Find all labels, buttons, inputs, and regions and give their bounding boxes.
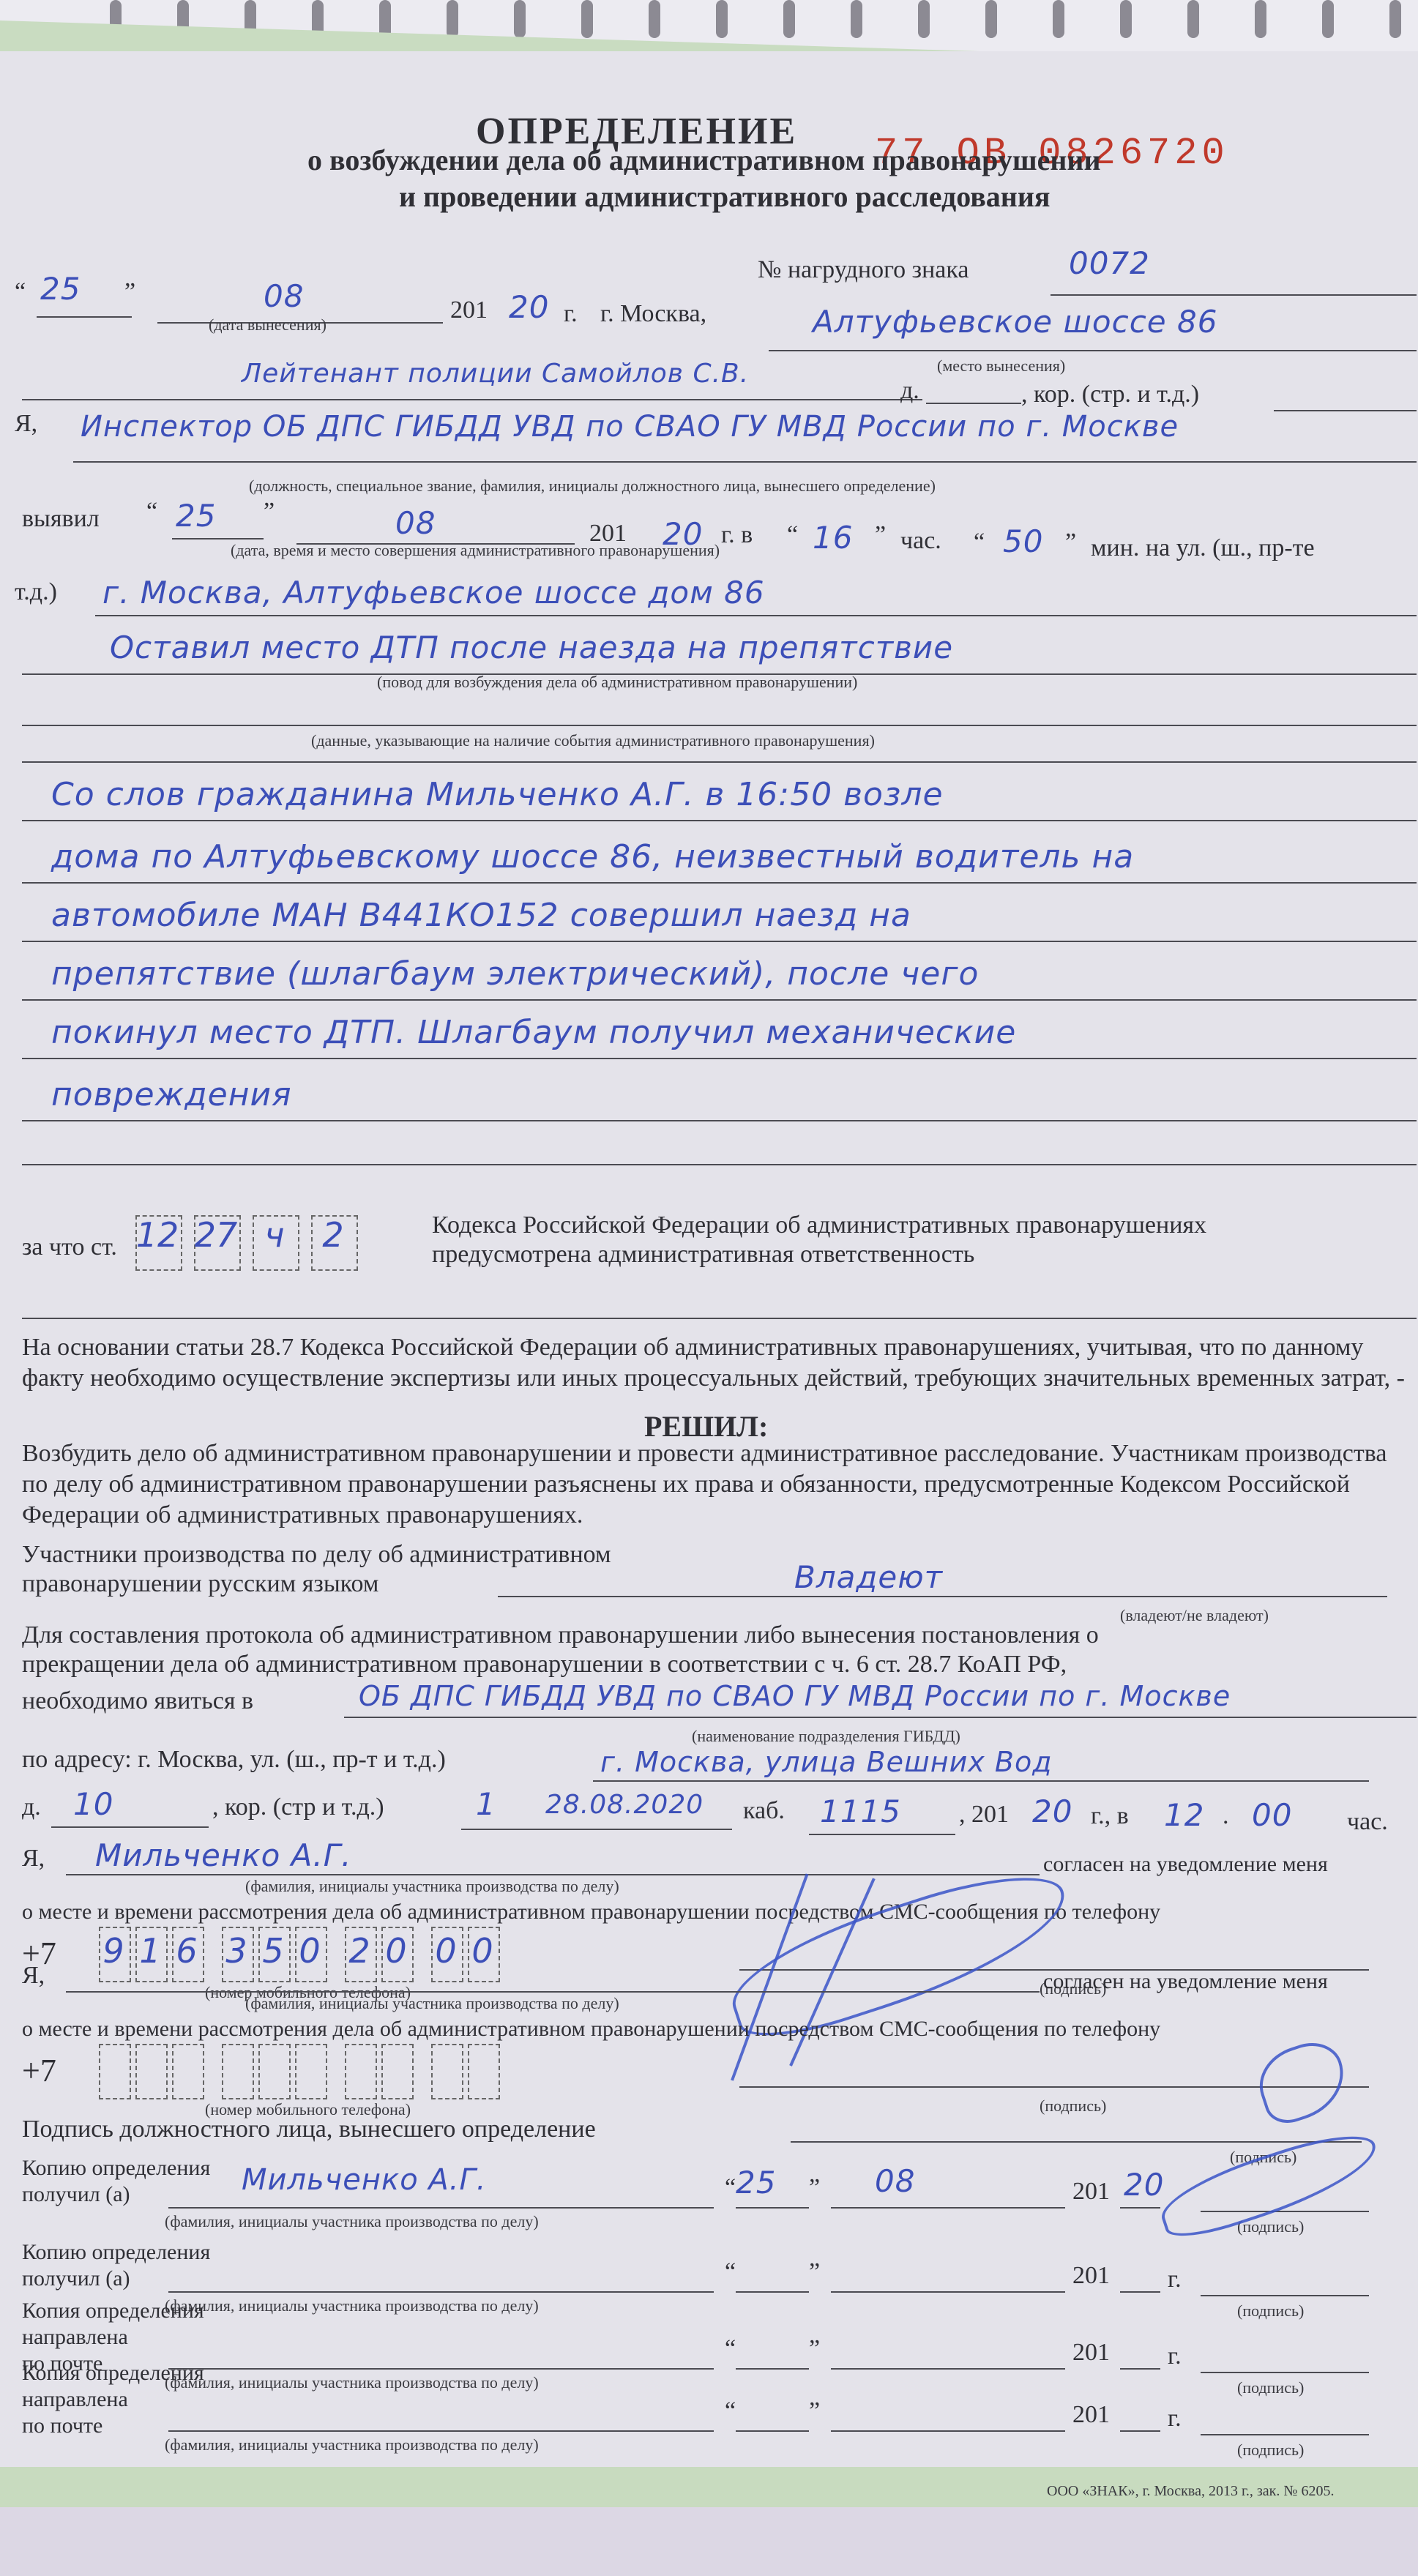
language-caption: (владеют/не владеют)	[1120, 1607, 1269, 1624]
consent-name-caption: (фамилия, инициалы участника производств…	[245, 1878, 619, 1895]
appearance-year[interactable]: 20	[1032, 1793, 1072, 1829]
copy-name-caption: (фамилия, инициалы участника производств…	[165, 2213, 539, 2230]
binding-ring	[447, 0, 458, 38]
detected-year[interactable]: 20	[663, 516, 703, 552]
phone-digit: 0	[295, 1931, 324, 1971]
issue-place[interactable]: Алтуфьевское шоссе 86	[813, 304, 1217, 340]
decision-text: Возбудить дело об административном право…	[22, 1438, 1406, 1531]
phone-digit-box[interactable]	[172, 2044, 204, 2099]
appearance-hour[interactable]: 12	[1164, 1797, 1204, 1833]
article-digit[interactable]: 2	[311, 1215, 355, 1255]
binding-ring	[649, 0, 660, 38]
badge-number[interactable]: 0072	[1069, 245, 1150, 281]
consent-name-caption: (фамилия, инициалы участника производств…	[245, 1995, 619, 2012]
appearance-house[interactable]: 10	[73, 1786, 113, 1822]
copy-month[interactable]: 08	[875, 2163, 915, 2199]
official-signature-label: Подпись должностного лица, вынесшего опр…	[22, 2116, 596, 2143]
phone-digit: 3	[222, 1931, 251, 1971]
copy-name-field[interactable]: Мильченко А.Г.	[242, 2163, 486, 2197]
issue-date-caption: (дата вынесения)	[209, 316, 326, 334]
issue-month[interactable]: 08	[264, 278, 304, 314]
binding-ring	[918, 0, 930, 38]
event-data-line[interactable]: дома по Алтуфьевскому шоссе 86, неизвест…	[51, 838, 1134, 876]
official-field[interactable]: Инспектор ОБ ДПС ГИБДД УВД по СВАО ГУ МВ…	[81, 410, 1179, 444]
article-digit[interactable]: ч	[253, 1215, 296, 1255]
phone-digit: 5	[258, 1931, 288, 1971]
event-data-line[interactable]: автомобиле МАН В441КО152 совершил наезд …	[51, 897, 911, 934]
binding-ring	[716, 0, 728, 38]
phone-digit: 9	[99, 1931, 128, 1971]
binding-ring	[1322, 0, 1334, 38]
language-field[interactable]: Владеют	[794, 1559, 943, 1595]
subtitle-line-1: о возбуждении дела об административном п…	[307, 143, 1101, 177]
photo-background	[0, 2507, 1418, 2576]
appearance-building[interactable]: 1	[476, 1786, 496, 1822]
issue-day[interactable]: 25	[40, 271, 81, 307]
phone-digit: 0	[468, 1931, 497, 1971]
copy-sign-caption: (подпись)	[1237, 2441, 1304, 2459]
copy-sign-caption: (подпись)	[1237, 2379, 1304, 2397]
event-data-caption: (данные, указывающие на наличие события …	[311, 732, 875, 750]
phone-digit-box[interactable]	[135, 2044, 168, 2099]
binding-ring	[1389, 0, 1401, 38]
detected-hour[interactable]: 16	[813, 520, 853, 556]
article-text-2: предусмотрена административная ответстве…	[432, 1241, 974, 1268]
detected-month[interactable]: 08	[395, 505, 436, 541]
copy-name-caption: (фамилия, инициалы участника производств…	[165, 2436, 539, 2454]
unit-caption: (наименование подразделения ГИБДД)	[692, 1728, 960, 1745]
event-data-line[interactable]: повреждения	[51, 1076, 292, 1113]
copy-year[interactable]: 20	[1124, 2167, 1164, 2203]
binding-ring	[1255, 0, 1266, 38]
phone-digit-box[interactable]	[222, 2044, 254, 2099]
event-data-line[interactable]: препятствие (шлагбаум электрический), по…	[51, 955, 979, 993]
detected-caption: (дата, время и место совершения админист…	[231, 542, 720, 559]
appearance-date[interactable]: 28.08.2020	[545, 1790, 704, 1820]
phone-digit: 6	[172, 1931, 201, 1971]
issue-place-line-2[interactable]: Лейтенант полиции Самойлов С.В.	[242, 359, 749, 389]
binding-ring	[1187, 0, 1199, 38]
phone-digit-box[interactable]	[381, 2044, 414, 2099]
phone-digit: 2	[345, 1931, 374, 1971]
article-text-1: Кодекса Российской Федерации об админист…	[432, 1212, 1206, 1239]
phone-digit-box[interactable]	[468, 2044, 500, 2099]
article-digit[interactable]: 12	[135, 1215, 179, 1255]
phone-digit-box[interactable]	[345, 2044, 377, 2099]
binding-ring	[783, 0, 795, 38]
detected-minute[interactable]: 50	[1003, 523, 1043, 559]
article-digit[interactable]: 27	[194, 1215, 238, 1255]
binding-ring	[514, 0, 526, 38]
copy-name-caption: (фамилия, инициалы участника производств…	[165, 2297, 539, 2315]
badge-label: № нагрудного знака	[758, 256, 969, 283]
copy-sign-caption: (подпись)	[1237, 2302, 1304, 2320]
unit-field[interactable]: ОБ ДПС ГИБДД УВД по СВАО ГУ МВД России п…	[359, 1680, 1231, 1712]
consent-sign-caption: (подпись)	[1040, 2097, 1106, 2115]
phone-digit: 0	[431, 1931, 460, 1971]
basis-text: На основании статьи 28.7 Кодекса Российс…	[22, 1332, 1406, 1394]
event-data-line[interactable]: покинул место ДТП. Шлагбаум получил меха…	[51, 1014, 1016, 1051]
detected-day[interactable]: 25	[176, 498, 216, 534]
phone-digit-box[interactable]	[431, 2044, 463, 2099]
subtitle-line-2: и проведении административного расследов…	[399, 179, 1051, 214]
detected-address[interactable]: г. Москва, Алтуфьевское шоссе дом 86	[102, 575, 765, 611]
binding-ring	[581, 0, 593, 38]
printer-imprint: ООО «ЗНАК», г. Москва, 2013 г., зак. № 6…	[1047, 2483, 1334, 2499]
binding-ring	[1053, 0, 1064, 38]
binding-ring	[851, 0, 862, 38]
copy-name-caption: (фамилия, инициалы участника производств…	[165, 2374, 539, 2392]
consent-name-field[interactable]: Мильченко А.Г.	[95, 1837, 352, 1873]
reason-caption: (повод для возбуждения дела об администр…	[377, 673, 857, 691]
issue-place-caption: (место вынесения)	[937, 357, 1065, 375]
copy-day[interactable]: 25	[736, 2165, 776, 2200]
issue-year[interactable]: 20	[509, 289, 549, 325]
official-caption: (должность, специальное звание, фамилия,…	[249, 477, 936, 495]
appearance-room[interactable]: 1115	[820, 1793, 901, 1829]
appearance-minute[interactable]: 00	[1252, 1797, 1292, 1833]
phone-digit: 1	[135, 1931, 165, 1971]
appearance-address[interactable]: г. Москва, улица Вешних Вод	[600, 1746, 1052, 1778]
phone-digit-box[interactable]	[99, 2044, 131, 2099]
reason-field[interactable]: Оставил место ДТП после наезда на препят…	[110, 630, 953, 665]
issue-city: г. Москва,	[600, 300, 706, 327]
phone-digit-box[interactable]	[258, 2044, 291, 2099]
binding-ring	[1120, 0, 1132, 38]
event-data-line[interactable]: Со слов гражданина Мильченко А.Г. в 16:5…	[51, 776, 944, 813]
phone-digit-box[interactable]	[295, 2044, 327, 2099]
binding-ring	[985, 0, 997, 38]
phone-digit: 0	[381, 1931, 411, 1971]
